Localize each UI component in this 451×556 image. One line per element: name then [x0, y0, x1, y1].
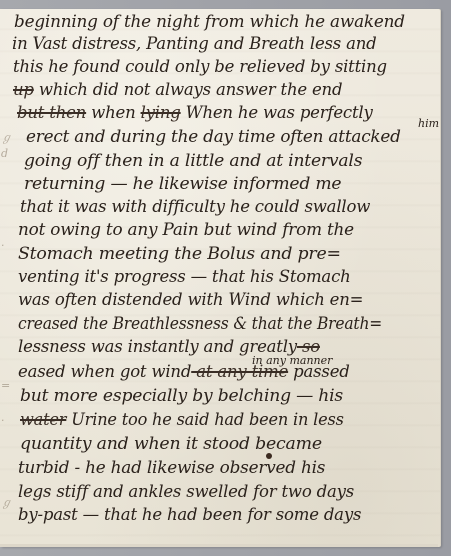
text-line-with-strike: eased when got wind at any time passed: [18, 362, 350, 382]
text-line-with-strike: water Urine too he said had been in less: [20, 410, 344, 430]
line-text: eased when got wind: [18, 362, 191, 381]
text-line: legs stiff and ankles swelled for two da…: [18, 482, 354, 502]
text-line: that it was with difficulty he could swa…: [20, 197, 370, 217]
text-line: in Vast distress, Panting and Breath les…: [12, 34, 377, 54]
line-text: When he was perfectly: [181, 103, 373, 122]
manuscript-page: ℊ d · = · ℊ beginning of the night from …: [0, 9, 440, 547]
struck-text: lying: [141, 103, 181, 122]
text-line: going off then in a little and at interv…: [24, 151, 362, 171]
text-line: quantity and when it stood became: [20, 434, 322, 454]
struck-text: water: [20, 410, 66, 429]
text-line: not owing to any Pain but wind from the: [18, 220, 354, 240]
struck-text: up: [13, 80, 34, 99]
text-line: erect and during the day time often atta…: [26, 127, 401, 147]
text-line: turbid - he had likewise observed his: [18, 458, 325, 478]
text-line: creased the Breathlessness & that the Br…: [18, 314, 382, 334]
text-line: was often distended with Wind which en=: [18, 290, 363, 310]
line-text: Urine too he said had been in less: [66, 410, 343, 429]
superscript-insertion: him: [418, 117, 439, 130]
text-line: but more especially by belching — his: [20, 386, 343, 406]
text-line-with-strike: but then when lying When he was perfectl…: [17, 103, 373, 123]
left-margin-bleed-through: ℊ d · = · ℊ: [0, 39, 18, 539]
text-line: beginning of the night from which he awa…: [14, 12, 405, 32]
text-line-with-strike: up which did not always answer the end: [13, 80, 342, 100]
struck-text: at any time: [191, 362, 288, 381]
line-text: which did not always answer the end: [34, 80, 343, 99]
page-bottom-edge: [0, 544, 438, 547]
struck-text: but then: [17, 103, 86, 122]
line-text: passed: [288, 362, 350, 381]
text-line: this he found could only be relieved by …: [13, 57, 387, 77]
text-line: returning — he likewise informed me: [24, 174, 341, 194]
line-text: when: [86, 103, 140, 122]
text-line: venting it's progress — that his Stomach: [18, 267, 351, 287]
text-line: by-past — that he had been for some days: [18, 505, 361, 525]
text-line: Stomach meeting the Bolus and pre=: [18, 244, 341, 264]
